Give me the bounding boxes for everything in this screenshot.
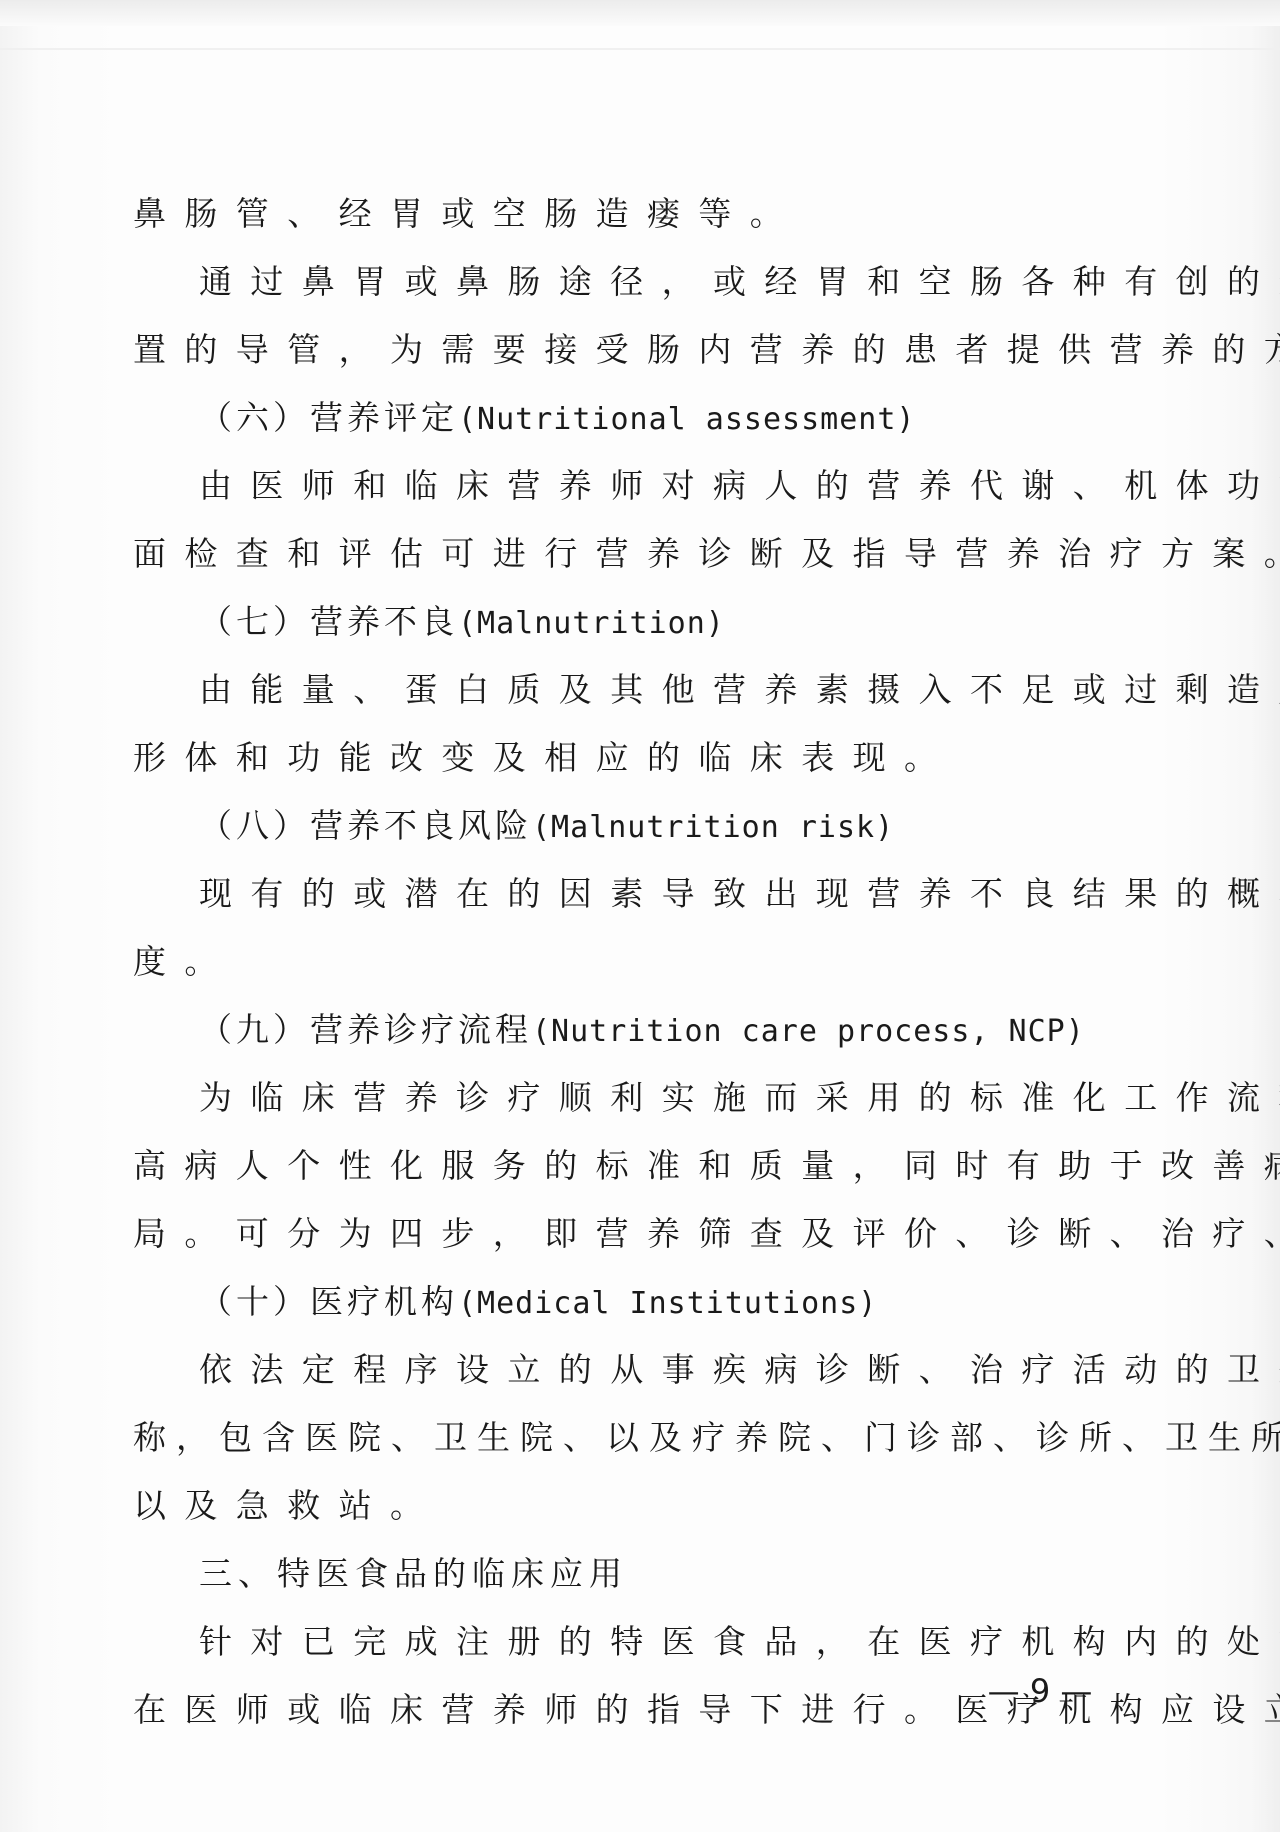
- paragraph-line: 鼻肠管、经胃或空肠造瘘等。: [133, 180, 1123, 248]
- paragraph-line: 由医师和临床营养师对病人的营养代谢、机体功能等进行全: [133, 452, 1123, 520]
- section-label: （九）营养诊疗流程: [199, 1010, 532, 1049]
- paragraph-line: 形体和功能改变及相应的临床表现。: [133, 724, 1123, 792]
- paragraph-line: 置的导管，为需要接受肠内营养的患者提供营养的方法。: [133, 316, 1123, 384]
- section-english-term: (Malnutrition): [458, 606, 725, 641]
- section-heading-nutritional-assessment: （六）营养评定(Nutritional assessment): [133, 384, 1123, 452]
- document-body: 鼻肠管、经胃或空肠造瘘等。 通过鼻胃或鼻肠途径，或经胃和空肠各种有创的造口方法留…: [133, 180, 1123, 1744]
- chapter-heading: 三、特医食品的临床应用: [133, 1540, 1123, 1608]
- paragraph-line: 度。: [133, 928, 1123, 996]
- paragraph-line: 面检查和评估可进行营养诊断及指导营养治疗方案。: [133, 520, 1123, 588]
- paragraph-line: 依法定程序设立的从事疾病诊断、治疗活动的卫生机构的总: [133, 1336, 1123, 1404]
- section-english-term: (Nutritional assessment): [458, 402, 915, 437]
- section-label: （八）营养不良风险: [199, 806, 532, 845]
- scanned-page: 鼻肠管、经胃或空肠造瘘等。 通过鼻胃或鼻肠途径，或经胃和空肠各种有创的造口方法留…: [0, 0, 1280, 1832]
- paragraph-line: 由能量、蛋白质及其他营养素摄入不足或过剩造成的组织、: [133, 656, 1123, 724]
- section-english-term: (Malnutrition risk): [532, 810, 894, 845]
- section-label: （七）营养不良: [199, 602, 458, 641]
- section-heading-malnutrition: （七）营养不良(Malnutrition): [133, 588, 1123, 656]
- section-heading-medical-institutions: （十）医疗机构(Medical Institutions): [133, 1268, 1123, 1336]
- section-heading-malnutrition-risk: （八）营养不良风险(Malnutrition risk): [133, 792, 1123, 860]
- paragraph-line: 针对已完成注册的特医食品，在医疗机构内的处方流程，应: [133, 1608, 1123, 1676]
- scan-edge-shadow: [0, 0, 1280, 26]
- section-heading-nutrition-care-process: （九）营养诊疗流程(Nutrition care process, NCP): [133, 996, 1123, 1064]
- section-label: （十）医疗机构: [199, 1282, 458, 1321]
- section-english-term: (Medical Institutions): [458, 1286, 877, 1321]
- paragraph-line: 高病人个性化服务的标准和质量，同时有助于改善病人的临床结: [133, 1132, 1123, 1200]
- paragraph-line: 通过鼻胃或鼻肠途径，或经胃和空肠各种有创的造口方法留: [133, 248, 1123, 316]
- paragraph-line: 在医师或临床营养师的指导下进行。医疗机构应设立专门机构实: [133, 1676, 1123, 1744]
- paragraph-line: 局。可分为四步，即营养筛查及评价、诊断、治疗、监测。: [133, 1200, 1123, 1268]
- section-english-term: (Nutrition care process, NCP): [532, 1014, 1085, 1049]
- paragraph-line: 现有的或潜在的因素导致出现营养不良结果的概率及其强: [133, 860, 1123, 928]
- paragraph-line: 以及急救站。: [133, 1472, 1123, 1540]
- paragraph-line: 为临床营养诊疗顺利实施而采用的标准化工作流程，旨在提: [133, 1064, 1123, 1132]
- scan-artifact-line: [0, 48, 1280, 50]
- paragraph-line: 称，包含医院、卫生院、以及疗养院、门诊部、诊所、卫生所(室): [133, 1404, 1123, 1472]
- section-label: （六）营养评定: [199, 398, 458, 437]
- page-number: — 9 —: [985, 1672, 1095, 1710]
